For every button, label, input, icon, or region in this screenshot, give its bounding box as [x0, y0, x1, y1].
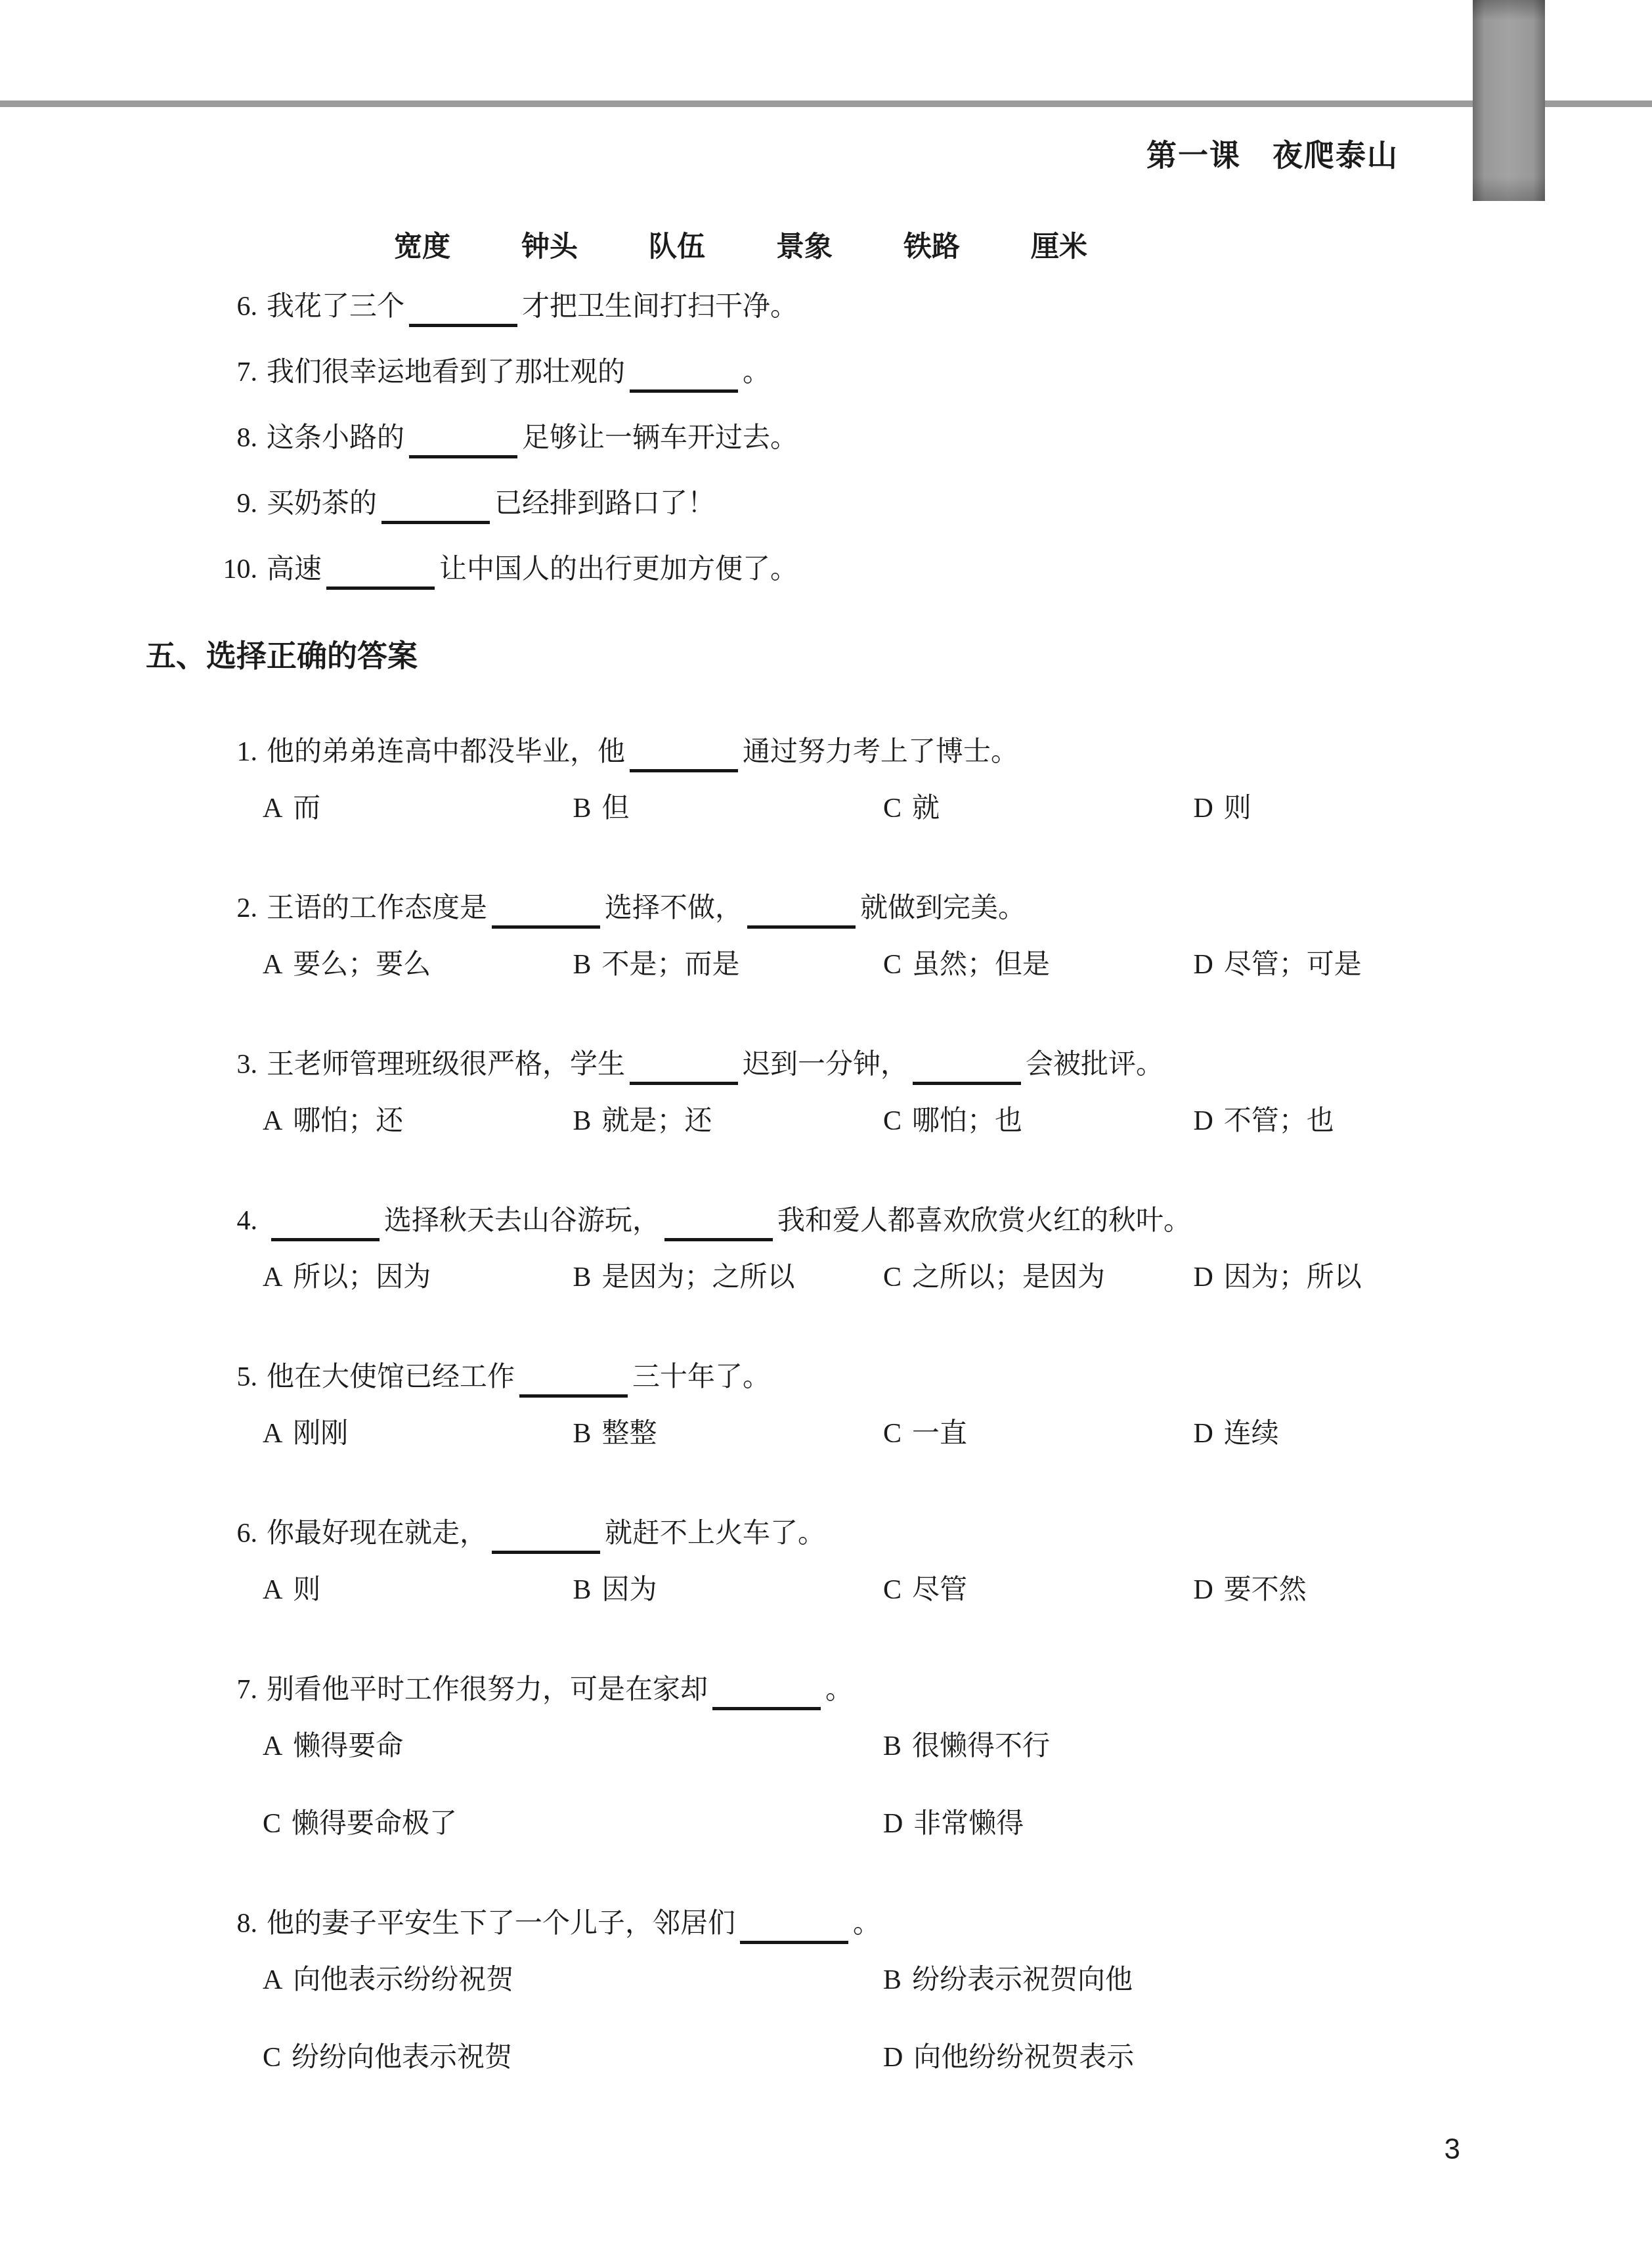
option-label: C	[883, 793, 902, 824]
question-stem: 3.王老师管理班级很严格，学生迟到一分钟，会被批评。	[0, 1044, 1652, 1085]
option-label: B	[573, 1419, 592, 1449]
sentence-segment: 你最好现在就走，	[267, 1518, 487, 1549]
answer-option: C尽管	[883, 1570, 1194, 1610]
sentence-segment: 选择秋天去山谷游玩，	[384, 1206, 660, 1236]
option-text: 之所以；是因为	[912, 1262, 1105, 1293]
question-sentence: 王老师管理班级很严格，学生迟到一分钟，会被批评。	[267, 1044, 1652, 1085]
option-label: C	[883, 1575, 902, 1605]
answer-option: C之所以；是因为	[883, 1257, 1194, 1298]
options-row: A则B因为C尽管D要不然	[263, 1570, 1504, 1610]
option-label: B	[883, 1731, 902, 1761]
fill-in-item: 8.这条小路的足够让一辆车开过去。	[0, 418, 1652, 458]
fill-in-item: 6.我花了三个才把卫生间打扫干净。	[0, 286, 1652, 327]
choice-question: 3.王老师管理班级很严格，学生迟到一分钟，会被批评。A哪怕；还B就是；还C哪怕；…	[0, 1044, 1652, 1141]
option-text: 要不然	[1224, 1575, 1307, 1605]
sentence-segment: 我和爱人都喜欢欣赏火红的秋叶。	[777, 1206, 1191, 1236]
choice-question: 2.王语的工作态度是选择不做，就做到完美。A要么；要么B不是；而是C虽然；但是D…	[0, 888, 1652, 985]
answer-option: D要不然	[1194, 1570, 1504, 1610]
answer-blank	[630, 359, 738, 393]
options-row: A哪怕；还B就是；还C哪怕；也D不管；也	[263, 1101, 1504, 1141]
answer-option: A哪怕；还	[263, 1101, 573, 1141]
word-bank-word: 景象	[776, 230, 833, 264]
option-text: 但	[602, 793, 630, 824]
fill-in-item: 7.我们很幸运地看到了那壮观的。	[0, 352, 1652, 393]
question-number: 2.	[210, 888, 257, 929]
option-text: 刚刚	[293, 1419, 348, 1449]
question-sentence: 他的弟弟连高中都没毕业，他通过努力考上了博士。	[267, 732, 1652, 772]
options-row: A要么；要么B不是；而是C虽然；但是D尽管；可是	[263, 944, 1504, 985]
word-bank-word: 宽度	[394, 230, 450, 264]
sentence-segment: 王老师管理班级很严格，学生	[267, 1050, 625, 1080]
answer-blank	[381, 491, 490, 524]
page-content: 宽度钟头队伍景象铁路厘米 6.我花了三个才把卫生间打扫干净。7.我们很幸运地看到…	[0, 230, 1652, 2137]
option-label: B	[573, 1575, 592, 1605]
answer-option: C哪怕；也	[883, 1101, 1194, 1141]
answer-option: C一直	[883, 1413, 1194, 1454]
question-number: 7.	[210, 352, 257, 393]
answer-blank	[740, 1911, 848, 1944]
option-label: B	[573, 793, 592, 824]
question-number: 9.	[210, 483, 257, 524]
answer-blank	[747, 895, 856, 929]
sentence-segment: 选择不做，	[605, 893, 743, 923]
question-stem: 1.他的弟弟连高中都没毕业，他通过努力考上了博士。	[0, 732, 1652, 772]
choice-question: 7.别看他平时工作很努力，可是在家却。A懒得要命B很懒得不行C懒得要命极了D非常…	[0, 1670, 1652, 1844]
word-bank-word: 铁路	[903, 230, 960, 264]
sentence-segment: 他的弟弟连高中都没毕业，他	[267, 737, 625, 767]
sentence-segment: 。	[825, 1675, 853, 1705]
option-text: 纷纷向他表示祝贺	[292, 2043, 512, 2073]
option-text: 则	[293, 1575, 320, 1605]
question-sentence: 选择秋天去山谷游玩，我和爱人都喜欢欣赏火红的秋叶。	[267, 1201, 1652, 1241]
question-sentence: 王语的工作态度是选择不做，就做到完美。	[267, 888, 1652, 929]
sentence-segment: 这条小路的	[267, 423, 404, 453]
word-bank: 宽度钟头队伍景象铁路厘米	[394, 230, 1652, 264]
option-label: C	[883, 1262, 902, 1293]
option-label: C	[883, 1106, 902, 1136]
option-label: C	[263, 2043, 281, 2073]
question-sentence: 我花了三个才把卫生间打扫干净。	[267, 286, 1652, 327]
answer-option: C纷纷向他表示祝贺	[263, 2037, 883, 2078]
question-sentence: 高速让中国人的出行更加方便了。	[267, 549, 1652, 590]
question-stem: 6.你最好现在就走，就赶不上火车了。	[0, 1513, 1652, 1554]
answer-option: B是因为；之所以	[573, 1257, 884, 1298]
answer-blank	[519, 1364, 628, 1398]
option-label: B	[573, 1106, 592, 1136]
option-text: 因为	[602, 1575, 657, 1605]
answer-blank	[913, 1052, 1021, 1085]
sentence-segment: 会被批评。	[1026, 1050, 1163, 1080]
option-text: 尽管	[912, 1575, 967, 1605]
answer-option: A而	[263, 788, 573, 829]
question-number: 6.	[210, 1513, 257, 1554]
option-label: D	[1194, 793, 1213, 824]
choice-question: 5.他在大使馆已经工作三十年了。A刚刚B整整C一直D连续	[0, 1357, 1652, 1454]
sentence-segment: 他在大使馆已经工作	[267, 1362, 515, 1392]
answer-blank	[492, 895, 600, 929]
option-text: 连续	[1224, 1419, 1279, 1449]
answer-blank	[326, 556, 435, 590]
question-number: 7.	[210, 1670, 257, 1710]
choice-question: 4.选择秋天去山谷游玩，我和爱人都喜欢欣赏火红的秋叶。A所以；因为B是因为；之所…	[0, 1201, 1652, 1298]
choice-question: 8.他的妻子平安生下了一个儿子，邻居们。A向他表示纷纷祝贺B纷纷表示祝贺向他C纷…	[0, 1903, 1652, 2078]
question-sentence: 这条小路的足够让一辆车开过去。	[267, 418, 1652, 458]
option-label: D	[1194, 950, 1213, 980]
lesson-title: 第一课 夜爬泰山	[1146, 131, 1399, 175]
choice-question: 6.你最好现在就走，就赶不上火车了。A则B因为C尽管D要不然	[0, 1513, 1652, 1610]
option-label: A	[263, 1731, 282, 1761]
sentence-segment: 高速	[267, 554, 322, 585]
answer-option: B就是；还	[573, 1101, 884, 1141]
option-label: D	[883, 1809, 903, 1839]
section-title: 五、选择正确的答案	[146, 637, 1652, 674]
word-bank-word: 钟头	[521, 230, 578, 264]
question-stem: 8.他的妻子平安生下了一个儿子，邻居们。	[0, 1903, 1652, 1944]
option-label: A	[263, 1965, 282, 1995]
option-label: B	[573, 950, 592, 980]
sentence-segment: 别看他平时工作很努力，可是在家却	[267, 1675, 708, 1705]
sentence-segment: 已经排到路口了！	[494, 489, 715, 519]
answer-option: A刚刚	[263, 1413, 573, 1454]
option-label: C	[883, 1419, 902, 1449]
multiple-choice-list: 1.他的弟弟连高中都没毕业，他通过努力考上了博士。A而B但C就D则2.王语的工作…	[0, 732, 1652, 2078]
answer-option: D非常懒得	[883, 1804, 1504, 1844]
sentence-segment: 迟到一分钟，	[743, 1050, 908, 1080]
option-text: 则	[1224, 793, 1251, 824]
option-label: B	[883, 1965, 902, 1995]
option-text: 懒得要命	[293, 1731, 403, 1761]
option-label: D	[1194, 1262, 1213, 1293]
word-bank-word: 队伍	[649, 230, 705, 264]
option-text: 向他表示纷纷祝贺	[293, 1965, 513, 1995]
answer-option: B但	[573, 788, 884, 829]
option-label: D	[1194, 1575, 1213, 1605]
question-sentence: 他的妻子平安生下了一个儿子，邻居们。	[267, 1903, 1652, 1944]
option-label: B	[573, 1262, 592, 1293]
option-text: 而	[293, 793, 320, 824]
option-text: 整整	[602, 1419, 657, 1449]
sentence-segment: 通过努力考上了博士。	[743, 737, 1018, 767]
option-text: 就	[912, 793, 940, 824]
option-label: D	[883, 2043, 903, 2073]
option-text: 就是；还	[602, 1106, 712, 1136]
question-number: 1.	[210, 732, 257, 772]
question-number: 8.	[210, 1903, 257, 1944]
options-row: A懒得要命B很懒得不行C懒得要命极了D非常懒得	[263, 1726, 1504, 1844]
option-text: 很懒得不行	[912, 1731, 1050, 1761]
option-text: 虽然；但是	[912, 950, 1050, 980]
question-stem: 5.他在大使馆已经工作三十年了。	[0, 1357, 1652, 1398]
option-text: 不管；也	[1224, 1106, 1334, 1136]
answer-option: B因为	[573, 1570, 884, 1610]
answer-blank	[409, 425, 517, 458]
sentence-segment: 三十年了。	[632, 1362, 770, 1392]
answer-option: A则	[263, 1570, 573, 1610]
option-label: D	[1194, 1419, 1213, 1449]
option-text: 尽管；可是	[1224, 950, 1362, 980]
sentence-segment: 。	[743, 357, 770, 387]
sentence-segment: 让中国人的出行更加方便了。	[439, 554, 798, 585]
options-row: A所以；因为B是因为；之所以C之所以；是因为D因为；所以	[263, 1257, 1504, 1298]
sentence-segment: 买奶茶的	[267, 489, 377, 519]
answer-option: A懒得要命	[263, 1726, 883, 1767]
answer-blank	[492, 1520, 600, 1554]
sentence-segment: 足够让一辆车开过去。	[522, 423, 798, 453]
sentence-segment: 他的妻子平安生下了一个儿子，邻居们	[267, 1909, 735, 1939]
answer-option: C就	[883, 788, 1194, 829]
question-number: 4.	[210, 1201, 257, 1241]
answer-option: D向他纷纷祝贺表示	[883, 2037, 1504, 2078]
question-sentence: 他在大使馆已经工作三十年了。	[267, 1357, 1652, 1398]
option-text: 要么；要么	[293, 950, 431, 980]
header-rule	[0, 100, 1652, 107]
option-text: 因为；所以	[1224, 1262, 1362, 1293]
choice-question: 1.他的弟弟连高中都没毕业，他通过努力考上了博士。A而B但C就D则	[0, 732, 1652, 829]
answer-option: B整整	[573, 1413, 884, 1454]
answer-option: C虽然；但是	[883, 944, 1194, 985]
option-label: A	[263, 950, 282, 980]
option-text: 纷纷表示祝贺向他	[912, 1965, 1133, 1995]
sentence-segment: 我们很幸运地看到了那壮观的	[267, 357, 625, 387]
option-label: A	[263, 793, 282, 824]
answer-blank	[630, 1052, 738, 1085]
answer-option: A所以；因为	[263, 1257, 573, 1298]
answer-option: D因为；所以	[1194, 1257, 1504, 1298]
answer-option: D不管；也	[1194, 1101, 1504, 1141]
sentence-segment: 王语的工作态度是	[267, 893, 487, 923]
sentence-segment: 就赶不上火车了。	[605, 1518, 825, 1549]
answer-option: A要么；要么	[263, 944, 573, 985]
options-row: A刚刚B整整C一直D连续	[263, 1413, 1504, 1454]
option-text: 不是；而是	[602, 950, 740, 980]
question-number: 5.	[210, 1357, 257, 1398]
question-number: 10.	[210, 549, 257, 590]
question-number: 8.	[210, 418, 257, 458]
answer-option: B不是；而是	[573, 944, 884, 985]
sentence-segment: 。	[853, 1909, 880, 1939]
sentence-segment: 我花了三个	[267, 292, 404, 322]
option-text: 是因为；之所以	[602, 1262, 795, 1293]
option-label: D	[1194, 1106, 1213, 1136]
option-label: C	[263, 1809, 281, 1839]
question-sentence: 你最好现在就走，就赶不上火车了。	[267, 1513, 1652, 1554]
fill-in-item: 10.高速让中国人的出行更加方便了。	[0, 549, 1652, 590]
question-stem: 4.选择秋天去山谷游玩，我和爱人都喜欢欣赏火红的秋叶。	[0, 1201, 1652, 1241]
question-stem: 7.别看他平时工作很努力，可是在家却。	[0, 1670, 1652, 1710]
answer-blank	[630, 739, 738, 772]
answer-option: D则	[1194, 788, 1504, 829]
option-label: A	[263, 1262, 282, 1293]
options-row: A而B但C就D则	[263, 788, 1504, 829]
answer-blank	[712, 1677, 821, 1710]
option-label: A	[263, 1106, 282, 1136]
question-stem: 2.王语的工作态度是选择不做，就做到完美。	[0, 888, 1652, 929]
answer-blank	[271, 1208, 380, 1241]
answer-blank	[409, 294, 517, 327]
header-corner-tab	[1473, 0, 1545, 201]
option-text: 非常懒得	[913, 1809, 1024, 1839]
options-row: A向他表示纷纷祝贺B纷纷表示祝贺向他C纷纷向他表示祝贺D向他纷纷祝贺表示	[263, 1960, 1504, 2078]
question-number: 3.	[210, 1044, 257, 1085]
option-text: 懒得要命极了	[292, 1809, 457, 1839]
answer-blank	[664, 1208, 773, 1241]
question-sentence: 我们很幸运地看到了那壮观的。	[267, 352, 1652, 393]
answer-option: B纷纷表示祝贺向他	[883, 1960, 1504, 2001]
sentence-segment: 就做到完美。	[860, 893, 1026, 923]
answer-option: B很懒得不行	[883, 1726, 1504, 1767]
question-sentence: 买奶茶的已经排到路口了！	[267, 483, 1652, 524]
option-label: C	[883, 950, 902, 980]
answer-option: A向他表示纷纷祝贺	[263, 1960, 883, 2001]
option-label: A	[263, 1419, 282, 1449]
option-label: A	[263, 1575, 282, 1605]
question-number: 6.	[210, 286, 257, 327]
page-number: 3	[1445, 2133, 1460, 2166]
option-text: 所以；因为	[293, 1262, 431, 1293]
question-sentence: 别看他平时工作很努力，可是在家却。	[267, 1670, 1652, 1710]
option-text: 哪怕；也	[912, 1106, 1022, 1136]
sentence-segment: 才把卫生间打扫干净。	[522, 292, 798, 322]
fill-in-item: 9.买奶茶的已经排到路口了！	[0, 483, 1652, 524]
option-text: 一直	[912, 1419, 967, 1449]
workbook-page: 第一课 夜爬泰山 宽度钟头队伍景象铁路厘米 6.我花了三个才把卫生间打扫干净。7…	[0, 0, 1652, 2258]
option-text: 哪怕；还	[293, 1106, 403, 1136]
fill-in-list: 6.我花了三个才把卫生间打扫干净。7.我们很幸运地看到了那壮观的。8.这条小路的…	[0, 286, 1652, 590]
answer-option: D尽管；可是	[1194, 944, 1504, 985]
option-text: 向他纷纷祝贺表示	[913, 2043, 1134, 2073]
answer-option: D连续	[1194, 1413, 1504, 1454]
answer-option: C懒得要命极了	[263, 1804, 883, 1844]
word-bank-word: 厘米	[1031, 230, 1087, 264]
